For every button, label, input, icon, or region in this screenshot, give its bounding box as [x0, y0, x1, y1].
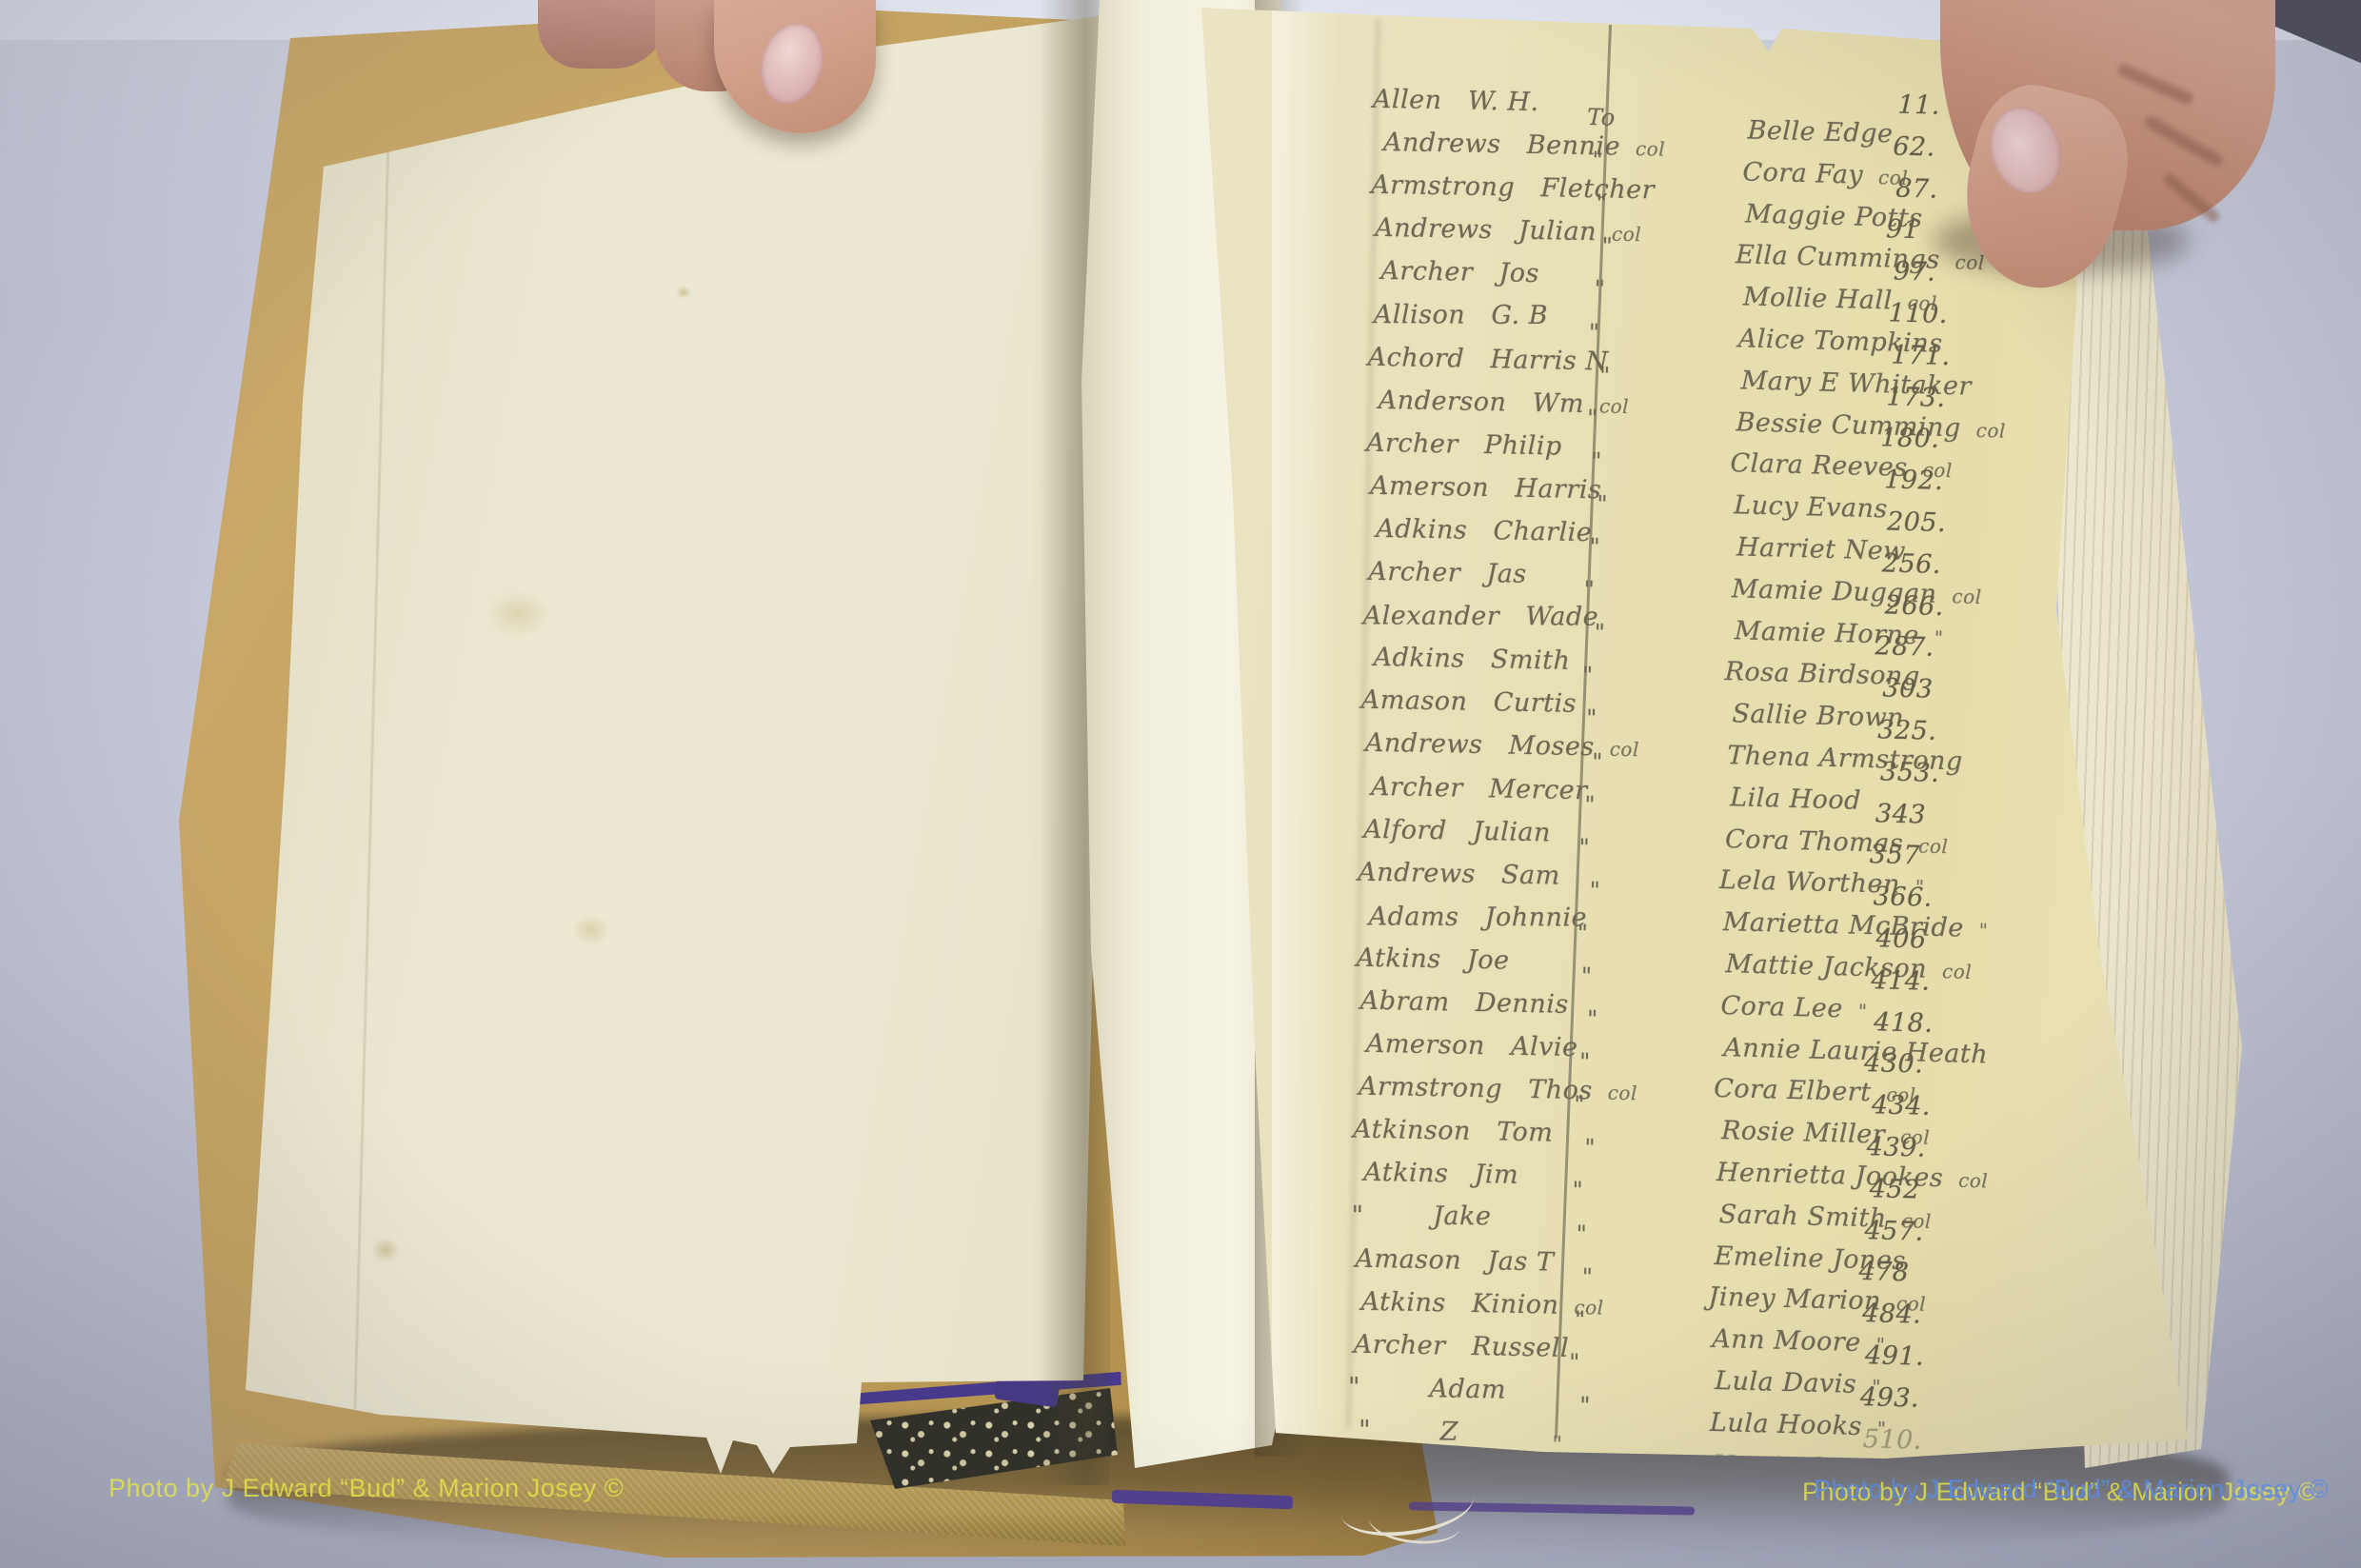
ditto-mark: ": [1579, 1048, 1591, 1075]
ditto-mark: ": [1586, 705, 1597, 732]
page-number: 457.: [1864, 1216, 1924, 1247]
ditto-mark: ": [1575, 1306, 1586, 1333]
photo-of-open-ledger: Allen W. H. Andrews Benniecol To Armstro…: [0, 0, 2361, 1568]
index-row-groom: Anderson Wmcol ": [1292, 354, 1615, 404]
page-number: 406: [1875, 923, 1927, 954]
page-number: 478: [1858, 1257, 1910, 1287]
ditto-mark: ": [1599, 362, 1611, 388]
index-row-groom: Allison G. B ": [1287, 268, 1610, 318]
index-row-groom: Alford Julian ": [1277, 784, 1599, 833]
index-row-groom: Andrews Sam ": [1272, 826, 1595, 876]
page-number: 434.: [1872, 1090, 1932, 1121]
index-row-groom: " Z ": [1272, 1384, 1595, 1434]
grooms-column: Allen W. H. Andrews Benniecol To Armstro…: [1260, 53, 1609, 1476]
page-number: 303: [1882, 674, 1934, 705]
ditto-mark: ": [1569, 1349, 1580, 1376]
left-blank-page: [228, 0, 1133, 1504]
page-number: 11.: [1897, 90, 1940, 121]
page-number: 491.: [1865, 1340, 1925, 1372]
page-number: 97.: [1894, 257, 1936, 288]
index-row-groom: Adams Johnnie ": [1282, 869, 1605, 919]
ditto-mark: ": [1591, 447, 1602, 474]
index-row-groom: Archer Jas ": [1282, 526, 1605, 575]
page-number: 205.: [1887, 506, 1947, 538]
watermark-bottom-right-blue: Photo by J Edward “Bud” & Marion Josey ©: [1814, 1475, 2329, 1504]
col-abbreviation: col: [1610, 738, 1640, 762]
index-row-groom: Achord Harris N ": [1281, 311, 1604, 361]
ditto-mark: ": [1601, 233, 1613, 260]
page-number: 357: [1869, 840, 1920, 870]
page-number: 439.: [1866, 1132, 1926, 1163]
ditto-mark: ": [1581, 963, 1593, 989]
page-number: 266.: [1884, 590, 1944, 622]
ditto-mark: ": [1595, 620, 1606, 646]
index-row-groom: Allen W. H.: [1286, 53, 1609, 103]
page-number: 325.: [1877, 715, 1937, 746]
page-number: 366.: [1873, 882, 1933, 913]
page-number: 256.: [1881, 548, 1941, 580]
paper-stain: [371, 1238, 400, 1262]
index-row-groom: Archer Philip ": [1280, 397, 1602, 447]
ditto-mark: ": [1589, 533, 1600, 560]
index-row-groom: Atkins Kinioncol ": [1275, 1256, 1597, 1305]
ditto-mark: ": [1583, 576, 1595, 603]
page-number: 452: [1869, 1174, 1920, 1204]
ditto-mark: ": [1587, 405, 1598, 431]
watermark-bottom-left: Photo by J Edward “Bud” & Marion Josey ©: [109, 1474, 624, 1503]
index-row-groom: Archer Mercer ": [1284, 741, 1607, 790]
index-row-groom: Alexander Wade ": [1277, 568, 1599, 618]
ditto-mark: ": [1584, 1135, 1596, 1161]
index-row-groom: Andrews Benniecol To: [1297, 96, 1619, 146]
paper-stain: [571, 914, 611, 946]
ditto-mark: ": [1584, 791, 1596, 818]
ditto-mark: ": [1589, 319, 1600, 346]
ditto-mark: ": [1597, 490, 1608, 517]
page-number: 180.: [1880, 424, 1940, 455]
page-number: 510.: [1862, 1424, 1922, 1456]
page-number: 110.: [1888, 298, 1948, 329]
page-number: 87.: [1895, 173, 1938, 204]
page-number: 353.: [1880, 757, 1940, 788]
index-row-groom: Atkins Jim ": [1277, 1126, 1599, 1176]
page-number: 192.: [1884, 466, 1944, 497]
index-row-groom: Archer Russell ": [1267, 1299, 1590, 1348]
index-row-groom: Amerson Alvie ": [1280, 998, 1602, 1047]
index-row-groom: " Jake ": [1265, 1169, 1588, 1219]
ditto-mark: To: [1587, 104, 1616, 131]
index-row-groom: Adkins Charlie ": [1289, 483, 1612, 532]
index-row-groom: " Adam ": [1261, 1341, 1584, 1391]
page-number: 493.: [1860, 1382, 1920, 1414]
page-number: 484.: [1862, 1299, 1922, 1330]
page-number: 343: [1875, 799, 1927, 829]
ditto-mark: ": [1579, 1392, 1591, 1419]
paper-stain: [676, 286, 691, 299]
brides-column: Belle Edge 11. Cora Faycol 62. Maggie Po…: [1622, 84, 2106, 1471]
index-row-groom: Andrews Juliancol ": [1289, 182, 1612, 231]
ditto-mark: ": [1576, 1221, 1587, 1247]
page-number: 171.: [1891, 340, 1951, 371]
page-number: 418.: [1874, 1007, 1934, 1039]
index-row-groom: Amason Jas T ": [1269, 1212, 1592, 1261]
ditto-mark: ": [1592, 748, 1603, 775]
page-number: 62.: [1893, 131, 1935, 162]
ditto-mark: ": [1594, 276, 1605, 303]
ditto-mark: ": [1574, 1091, 1585, 1118]
index-row-groom: Armstrong Fletcher ": [1284, 139, 1607, 189]
page-number: 91: [1886, 215, 1920, 246]
ditto-mark: ": [1596, 190, 1607, 217]
index-row-groom: Atkinson Tom ": [1266, 1083, 1589, 1133]
index-row-groom: Amason Curtis ": [1275, 654, 1597, 704]
col-abbreviation: col: [1599, 394, 1630, 418]
page-number: 414.: [1871, 965, 1931, 997]
ditto-mark: ": [1577, 920, 1589, 946]
index-row-groom: Armstrong Thoscol ": [1272, 1041, 1595, 1090]
ditto-mark: ": [1582, 662, 1594, 688]
index-row-groom: Andrews Mosescol ": [1279, 697, 1601, 746]
page-fold-line: [353, 57, 391, 1409]
paper-stain: [486, 590, 552, 638]
ditto-mark: ": [1582, 1263, 1594, 1290]
page-number: 430.: [1864, 1048, 1924, 1080]
page-number: 173.: [1886, 382, 1946, 413]
index-row-groom: Atkins Joe ": [1270, 912, 1593, 962]
index-row-groom: Archer Jos ": [1295, 226, 1617, 275]
index-row-groom: Abram Dennis ": [1274, 955, 1597, 1004]
ditto-mark: ": [1578, 834, 1590, 861]
ditto-mark: ": [1592, 147, 1603, 173]
index-row-groom: Adkins Smith ": [1287, 611, 1610, 661]
ditto-mark: ": [1572, 1177, 1583, 1203]
index-row-groom: Amerson Harris ": [1283, 440, 1606, 489]
ditto-mark: ": [1589, 877, 1600, 903]
ditto-mark: ": [1587, 1005, 1598, 1032]
page-number: 287.: [1875, 632, 1934, 664]
